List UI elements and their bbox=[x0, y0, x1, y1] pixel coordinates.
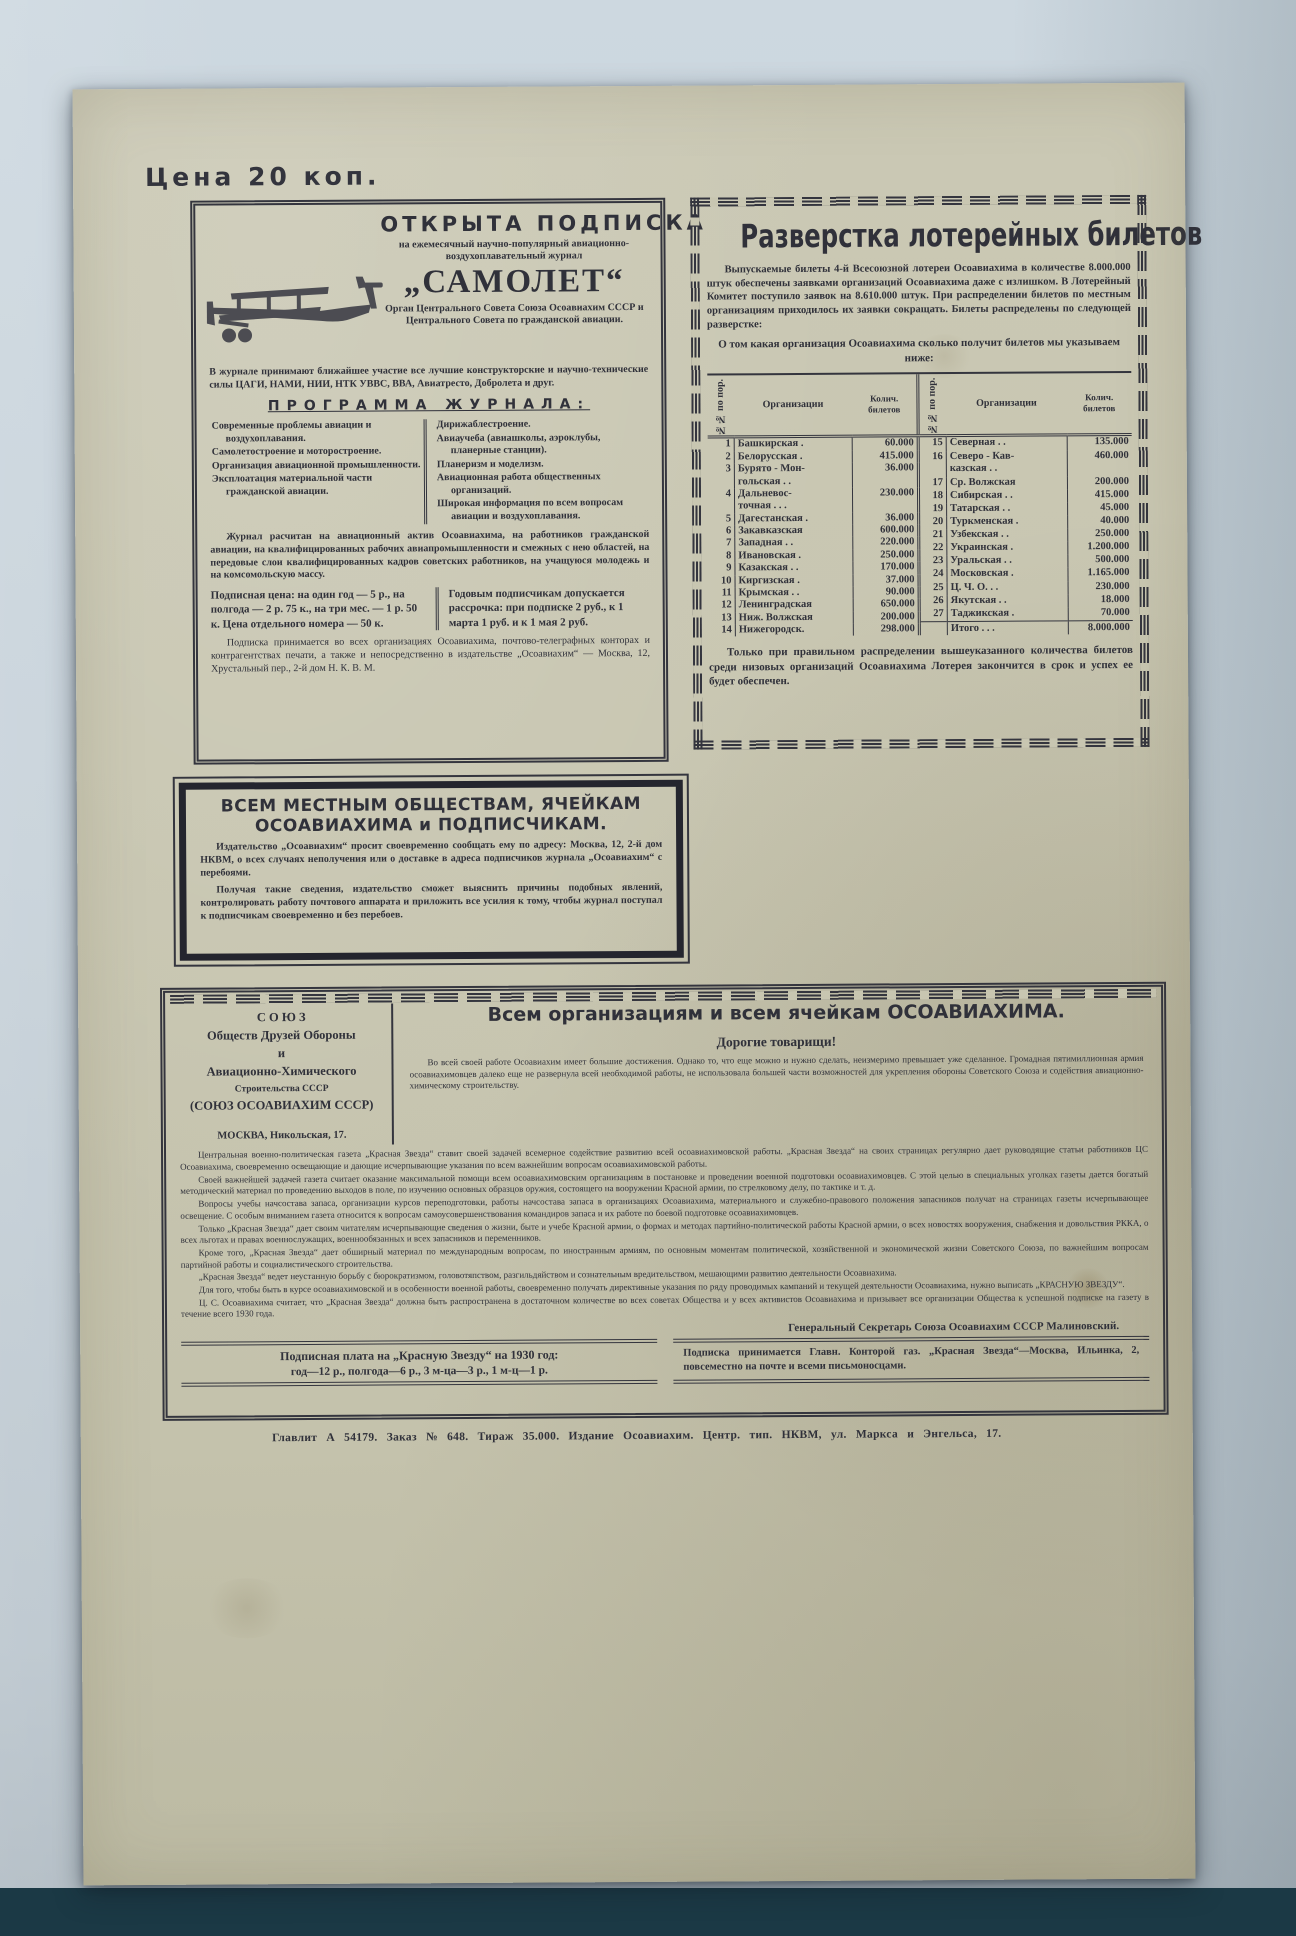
ad-organ: Орган Центрального Совета Союза Осо­авиа… bbox=[381, 302, 648, 328]
installment-terms: Годовым подписчикам допускается рассрочк… bbox=[436, 586, 650, 630]
letter-signature: Генеральный Секретарь Союза Осоавиахим С… bbox=[181, 1320, 1119, 1338]
table-row: 25 Ц. Ч. О. . . 230.000 bbox=[921, 580, 1133, 594]
program-item: Авиаучеба (авиашколы, аэроклубы, планерн… bbox=[437, 431, 649, 457]
lottery-intro: Выпускаемые билеты 4-й Всесоюзной лотере… bbox=[707, 261, 1131, 332]
table-row: 14 Нижегородск. 298.000 bbox=[709, 623, 920, 637]
total-value: 8.000.000 bbox=[1068, 620, 1133, 634]
letter-paragraph: Ц. С. Осоавиахима считает, что „Красная … bbox=[181, 1292, 1149, 1321]
ad-subtitle: на ежемесячный научно-популярный авиа­ци… bbox=[380, 238, 647, 264]
table-row: 9 Казакская . . 170.000 bbox=[708, 561, 919, 575]
table-row: 7 Западная . . 220.000 bbox=[708, 537, 919, 551]
table-row: 19 Татарская . . 45.000 bbox=[920, 502, 1132, 516]
table-row: 22 Украинская . 1.200.000 bbox=[920, 541, 1132, 555]
program-item: Организация авиационной промышленности. bbox=[212, 459, 424, 473]
lottery-note: О том какая организация Осоавиахима скол… bbox=[715, 335, 1123, 366]
letter-body: Центральная военно-политическая газета „… bbox=[180, 1144, 1149, 1321]
lottery-allocation-box: Разверстка лотерейных билетов Выпускаемы… bbox=[690, 195, 1149, 750]
notice-paragraph: Издательство „Осоавиахим“ просит своевре… bbox=[200, 839, 662, 880]
letter-salutation: Дорогие товарищи! bbox=[409, 1032, 1143, 1052]
program-item: Планеризм и моделизм. bbox=[437, 457, 649, 471]
where-to-subscribe: Подписка принимается во всех организация… bbox=[211, 635, 650, 676]
samolet-subscription-ad: ОТКРЫТА ПОДПИСКА на ежемесячный научно-п… bbox=[190, 198, 668, 765]
union-name-line: Авиационно-Химического bbox=[181, 1062, 381, 1081]
lottery-table: №№ по пор. Организации Колич. билетов 1 … bbox=[707, 371, 1133, 637]
journal-title: „САМОЛЕТ“ bbox=[381, 263, 648, 302]
program-title: ПРОГРАММА ЖУРНАЛА: bbox=[209, 396, 648, 415]
ad-header: ОТКРЫТА ПОДПИСКА на ежемесячный научно-п… bbox=[208, 211, 648, 362]
ad-prices: Подписная цена: на один год — 5 р., на п… bbox=[211, 586, 650, 632]
union-masthead: С О Ю ЗОбществ Друзей ОбороныиАвиационно… bbox=[179, 1003, 394, 1146]
lottery-title: Разверстка лотерейных билетов bbox=[740, 215, 1096, 255]
table-row: 4 Дальневос- точная . . . 230.000 bbox=[708, 487, 919, 513]
program-item: Самолетостроение и моторостроение. bbox=[212, 445, 424, 459]
price-sub-line: год—12 р., полгода—6 р., 3 м-ца—3 р., 1 … bbox=[191, 1364, 647, 1379]
program-item: Дирижаблестроение. bbox=[437, 418, 649, 432]
program-right-list: Дирижаблестроение.Авиаучеба (авиашколы, … bbox=[424, 418, 650, 524]
table-row: 10 Киргизская . 37.000 bbox=[709, 574, 920, 588]
paper-stain bbox=[202, 1578, 292, 1639]
cover-price: Цена 20 коп. bbox=[145, 162, 381, 192]
table-row: 24 Московская . 1.165.000 bbox=[920, 567, 1132, 581]
notice-title: ВСЕМ МЕСТНЫМ ОБЩЕСТВАМ, ЯЧЕЙКАМ ОСОАВИАХ… bbox=[200, 794, 662, 837]
letter-title: Всем организациям и всем ячейкам ОСОАВИА… bbox=[409, 1001, 1143, 1027]
table-row: 15 Северная . . 135.000 bbox=[920, 435, 1132, 451]
program-item: Современные проблемы авиации и воздухопл… bbox=[212, 419, 424, 445]
lottery-table-left: №№ по пор. Организации Колич. билетов 1 … bbox=[707, 374, 921, 637]
letter-main: Всем организациям и всем ячейкам ОСОАВИА… bbox=[393, 999, 1148, 1145]
table-row: 27 Таджикская . 70.000 bbox=[921, 607, 1133, 622]
subscription-price: Подписная цена: на один год — 5 р., на п… bbox=[211, 587, 436, 631]
col-header-qty: Колич. билетов bbox=[852, 374, 918, 436]
union-name-lines: С О Ю ЗОбществ Друзей ОбороныиАвиационно… bbox=[181, 1008, 382, 1116]
table-row: 26 Якутская . . 18.000 bbox=[921, 594, 1133, 608]
table-row: 23 Уральская . . 500.000 bbox=[920, 554, 1132, 568]
notice-box-inner: ВСЕМ МЕСТНЫМ ОБЩЕСТВАМ, ЯЧЕЙКАМ ОСОАВИАХ… bbox=[179, 780, 684, 961]
program-columns: Современные проблемы авиации и воздухопл… bbox=[210, 418, 650, 526]
ornament-border-bottom bbox=[694, 738, 1150, 750]
lottery-closing: Только при правильном распределении выше… bbox=[709, 643, 1133, 689]
program-item: Эксплоатация материальной части гражданс… bbox=[212, 472, 424, 498]
union-name-line: С О Ю З bbox=[181, 1008, 381, 1027]
program-item: Широкая информация по всем вопросам авиа… bbox=[437, 497, 649, 523]
ad-open-subscription: ОТКРЫТА ПОДПИСКА bbox=[380, 211, 647, 237]
ornament-border-right bbox=[1137, 195, 1149, 747]
table-row: 1 Башкирская . 60.000 bbox=[708, 436, 919, 451]
total-label: Итого . . . bbox=[947, 621, 1068, 636]
union-name-line: (СОЮЗ ОСОАВИАХИМ СССР) bbox=[182, 1096, 382, 1115]
price-sub-title: Подписная плата на „Красную Звезду“ на 1… bbox=[191, 1347, 647, 1365]
col-header-org: Организации bbox=[734, 374, 852, 437]
ornament-border-top bbox=[690, 195, 1146, 207]
imprint-line: Главлит А 54179. Заказ № 648. Тираж 35.0… bbox=[81, 1427, 1193, 1446]
ad-audience: Журнал расчитан на авиационный актив Осо… bbox=[210, 529, 649, 583]
osoaviakhim-letter-box: С О Ю ЗОбществ Друзей ОбороныиАвиационно… bbox=[160, 982, 1169, 1421]
union-name-line: Обществ Друзей Обороны bbox=[181, 1026, 381, 1045]
letter-head: С О Ю ЗОбществ Друзей ОбороныиАвиационно… bbox=[179, 999, 1148, 1146]
table-row: 16 Северо - Кав- казская . . 460.000 bbox=[920, 450, 1132, 477]
col-header-number: №№ по пор. bbox=[707, 375, 734, 437]
table-row: 21 Узбекская . . 250.000 bbox=[920, 528, 1132, 542]
magazine-back-page: Цена 20 коп. bbox=[73, 83, 1196, 1886]
union-address: МОСКВА, Никольская, 17. bbox=[182, 1130, 382, 1142]
ornament-border-left bbox=[690, 198, 702, 750]
table-row: 12 Ленинградская 650.000 bbox=[709, 599, 920, 613]
union-name-line: Строительства СССР bbox=[182, 1082, 382, 1097]
table-total-row: Итого . . . 8.000.000 bbox=[921, 620, 1133, 635]
notice-paragraph: Получая такие сведения, издательство смо… bbox=[200, 882, 662, 923]
program-left-list: Современные проблемы авиации и воздухопл… bbox=[210, 419, 425, 525]
col-header-org: Организации bbox=[946, 373, 1067, 436]
table-surface-strip bbox=[0, 1888, 1296, 1936]
table-row: 18 Сибирская . . 415.000 bbox=[920, 489, 1132, 503]
letter-footer: Подписная плата на „Красную Звезду“ на 1… bbox=[181, 1336, 1149, 1387]
table-row: 3 Бурято - Мон- гольская . . 36.000 bbox=[708, 462, 919, 488]
col-header-qty: Колич. билетов bbox=[1067, 373, 1132, 435]
col-header-number: №№ по пор. bbox=[919, 374, 946, 436]
biplane-illustration bbox=[201, 262, 392, 359]
subscription-info-box: Подписка принимается Главн. Конторой газ… bbox=[673, 1336, 1149, 1384]
union-name-line: и bbox=[181, 1044, 381, 1063]
letter-paragraph: Во всей своей работе Осоавиахим имеет бо… bbox=[409, 1053, 1143, 1093]
price-sub-box: Подписная плата на „Красную Звезду“ на 1… bbox=[181, 1339, 657, 1387]
table-row: 17 Ср. Волжская 200.000 bbox=[920, 476, 1132, 490]
lottery-table-right: №№ по пор. Организации Колич. билетов 15… bbox=[919, 373, 1133, 636]
program-item: Авиационная работа общественных организа… bbox=[437, 471, 649, 497]
ad-participants: В журнале принимают ближайшее участие вс… bbox=[209, 364, 648, 392]
notice-box: ВСЕМ МЕСТНЫМ ОБЩЕСТВАМ, ЯЧЕЙКАМ ОСОАВИАХ… bbox=[173, 774, 690, 967]
table-row: 20 Туркменская . 40.000 bbox=[920, 515, 1132, 529]
